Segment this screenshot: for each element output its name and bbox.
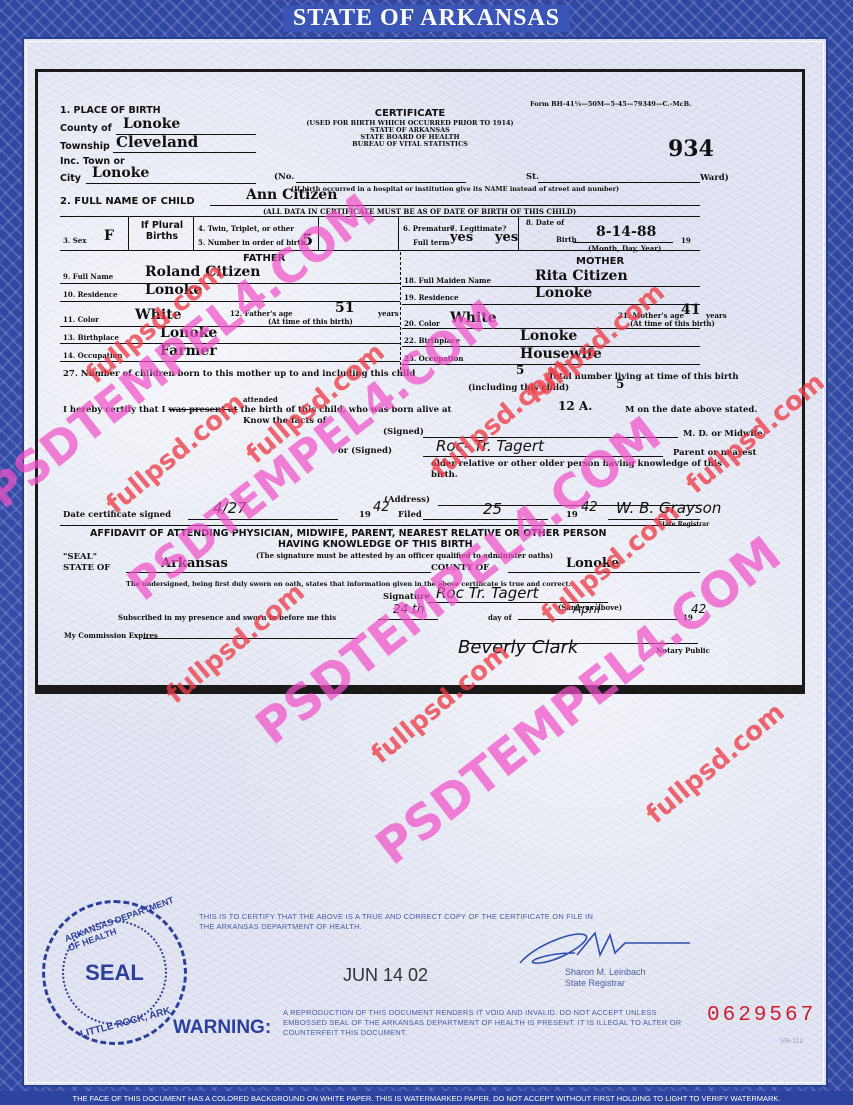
affidavit-note: (The signature must be attested by an of… (256, 551, 553, 560)
date-signed-value: 4/27 (213, 499, 247, 517)
township-label: Township (60, 141, 110, 152)
seal-label: "SEAL" (63, 552, 97, 562)
older-relative-label: older relative or other older person hav… (431, 459, 722, 469)
street-no-label: (No. (274, 172, 294, 182)
mother-age-value: 41 (681, 302, 700, 318)
form-code: VR-112 (780, 1038, 803, 1045)
children-count-value: 5 (516, 363, 524, 377)
md-midwife-label: M. D. or Midwife (683, 429, 763, 439)
father-birthplace-label: 13. Birthplace (63, 333, 119, 342)
mother-residence-value: Lonoke (535, 285, 592, 301)
father-occupation-label: 14. Occupation (63, 351, 122, 360)
footer-notice: THE FACE OF THIS DOCUMENT HAS A COLORED … (0, 1091, 853, 1105)
mother-occupation-value: Housewife (520, 346, 602, 362)
state-value: Arkansas (161, 556, 228, 571)
dob-format: (Month, Day, Year) (588, 244, 661, 253)
warning-label: WARNING: (173, 1017, 271, 1039)
title-band: STATE OF ARKANSAS (0, 0, 853, 36)
serial-number: 0629567 (707, 1004, 816, 1027)
certify-end: M on the date above stated. (625, 405, 757, 415)
mother-name-value: Rita Citizen (535, 268, 628, 284)
filed-year-prefix: 19 (566, 510, 578, 520)
signed-year-value: 42 (373, 500, 390, 515)
full-term-label: Full term (413, 238, 449, 247)
address-label: (Address) (384, 495, 430, 505)
birth-order-value: 5 (302, 230, 313, 249)
registrar-block: Sharon M. Leinbach State Registrar (565, 967, 646, 989)
birth-time-value: 12 A. (558, 399, 592, 413)
warning-text: A REPRODUCTION OF THIS DOCUMENT RENDERS … (283, 1008, 703, 1038)
father-name-label: 9. Full Name (63, 272, 113, 281)
subscribed-day: 24 th (393, 602, 424, 616)
date-signed-label: Date certificate signed (63, 510, 171, 520)
parent-signature: Roc- Tr. Tagert (436, 437, 544, 455)
affidavit-title: AFFIDAVIT OF ATTENDING PHYSICIAN, MIDWIF… (90, 528, 606, 539)
heading-title: CERTIFICATE (270, 108, 550, 119)
affidavit-signature-label: Signature (383, 592, 430, 602)
street-label: St. (526, 172, 539, 182)
notary-label: Notary Public (656, 646, 710, 655)
mother-name-label: 18. Full Maiden Name (404, 276, 491, 285)
registrar-signature-scrawl (515, 925, 695, 970)
date-stamp: JUN 14 02 (343, 965, 428, 986)
children-living-label: Total number living at time of this birt… (548, 372, 739, 382)
father-age-value: 51 (335, 300, 354, 316)
original-certificate: 1. PLACE OF BIRTH Form BH-41¼—50M—5-45—7… (35, 69, 805, 694)
mother-color-value: White (450, 310, 497, 326)
notary-signature: Beverly Clark (458, 637, 578, 658)
ward-label: Ward) (700, 173, 729, 183)
hospital-note: (If birth occurred in a hospital or inst… (291, 185, 619, 193)
mother-residence-label: 19. Residence (404, 293, 459, 302)
sex-label: 3. Sex (63, 236, 86, 245)
county-label: County of (60, 123, 112, 134)
birth-word: birth. (431, 470, 458, 480)
mother-color-label: 20. Color (404, 319, 440, 328)
children-living-note: (including this child) (468, 383, 569, 393)
legitimate-value: yes (495, 230, 518, 245)
affidavit-county-value: Lonoke (566, 556, 619, 571)
affidavit-county-label: COUNTY OF (431, 563, 489, 573)
inserted-word: attended (243, 395, 278, 404)
father-residence-label: 10. Residence (63, 290, 118, 299)
data-note: (ALL DATA IN CERTIFICATE MUST BE AS OF D… (263, 207, 576, 216)
father-age-note: (At time of this birth) (268, 317, 353, 326)
affidavit-title2: HAVING KNOWLEDGE OF THIS BIRTH (278, 539, 473, 550)
mother-age-note: (At time of this birth) (630, 319, 715, 328)
registrar-signature: W. B. Grayson (616, 499, 721, 517)
footer-text: THE FACE OF THIS DOCUMENT HAS A COLORED … (72, 1094, 780, 1103)
mother-heading: MOTHER (576, 256, 624, 267)
state-title: STATE OF ARKANSAS (283, 5, 570, 32)
father-birthplace-value: Lonoke (160, 325, 217, 341)
father-age-unit: years (378, 309, 399, 318)
or-signed-label: or (Signed) (338, 446, 392, 456)
father-name-value: Roland Citizen (145, 264, 261, 280)
seal-center-text: SEAL (85, 960, 144, 986)
registrar-title: State Registrar (565, 978, 646, 989)
father-color-label: 11. Color (63, 315, 99, 324)
know-facts: Know the facts of (243, 416, 326, 426)
birth-order-label: 5. Number in order of birth (198, 238, 306, 247)
child-name-value: Ann Citizen (246, 187, 337, 203)
premature-label: 6. Premature (403, 224, 455, 233)
form-number: Form BH-41¼—50M—5-45—79349—C.-McB. (530, 100, 691, 108)
children-count-label: 27. Number of children born to this moth… (63, 369, 415, 379)
father-heading: FATHER (243, 253, 285, 264)
filed-label: Filed (398, 510, 422, 520)
certificate-number: 934 (668, 136, 714, 162)
dept-health-seal: ARKANSAS DEPARTMENT OF HEALTH SEAL LITTL… (42, 900, 187, 1045)
mother-birthplace-value: Lonoke (520, 328, 577, 344)
subscribed-month: April (573, 602, 600, 616)
certificate-heading: CERTIFICATE (USED FOR BIRTH WHICH OCCURR… (270, 108, 550, 148)
twin-label: 4. Twin, Triplet, or other (198, 224, 294, 233)
signed-label: (Signed) (383, 427, 424, 437)
signed-year-prefix: 19 (359, 510, 371, 520)
subscribed-label: Subscribed in my presence and sworn to b… (118, 613, 336, 622)
heading-line3: BUREAU OF VITAL STATISTICS (270, 141, 550, 148)
state-label: STATE OF (63, 563, 110, 573)
father-occupation-value: Farmer (160, 343, 217, 359)
subscribed-year: 42 (691, 602, 706, 616)
filed-year-value: 42 (581, 500, 598, 515)
father-residence-value: Lonoke (145, 282, 202, 298)
children-living-value: 5 (616, 377, 624, 391)
affidavit-signature: Roc Tr. Tagert (436, 584, 539, 602)
township-value: Cleveland (116, 133, 198, 151)
day-of-label: day of (488, 613, 512, 622)
child-name-label: 2. FULL NAME OF CHILD (60, 196, 195, 207)
struck-text: was present at (168, 405, 237, 415)
parent-label: Parent or nearest (673, 448, 756, 458)
mother-birthplace-label: 22. Birthplace (404, 336, 460, 345)
registrar-name: Sharon M. Leinbach (565, 967, 646, 978)
father-color-value: White (135, 307, 182, 323)
county-value: Lonoke (123, 116, 180, 132)
city-value: Lonoke (92, 165, 149, 181)
plural-births-label: If Plural Births (136, 220, 188, 242)
mother-occupation-label: 23. Occupation (404, 354, 463, 363)
dob-label-top: 8. Date of (526, 218, 564, 227)
filed-date-value: 25 (483, 500, 502, 518)
dob-value: 8-14-88 (596, 224, 656, 240)
sex-value: F (104, 228, 114, 244)
place-of-birth-label: 1. PLACE OF BIRTH (60, 105, 161, 116)
certify-statement: I hereby certify that I was present at t… (63, 405, 451, 415)
dob-year-prefix: 19 (681, 236, 691, 245)
city-label: City (60, 173, 81, 184)
